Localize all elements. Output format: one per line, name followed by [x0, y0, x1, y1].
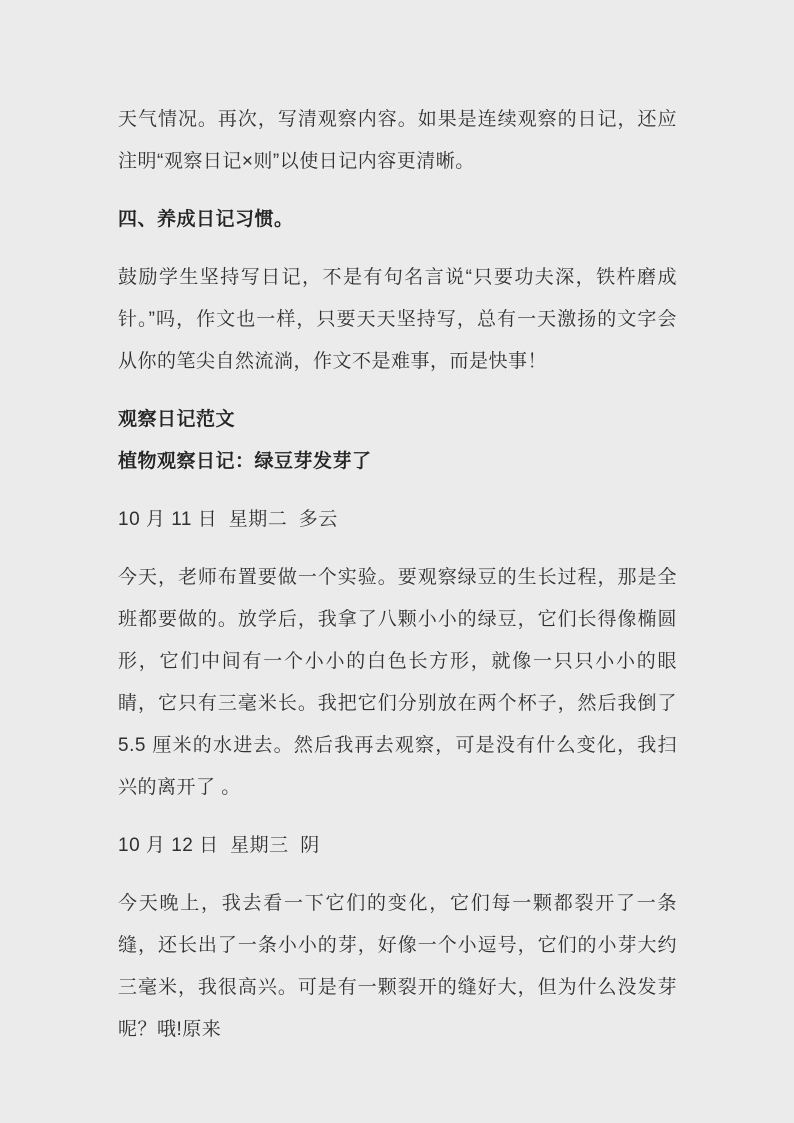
entry-2-date-line: 10 月 12 日 星期三 阴: [118, 825, 677, 867]
sample-essays-section-heading: 观察日记范文: [118, 399, 677, 441]
entry-1-date-line: 10 月 11 日 星期二 多云: [118, 499, 677, 541]
intro-continuation-paragraph: 天气情况。再次，写清观察内容。如果是连续观察的日记，还应注明“观察日记×则”以使…: [118, 99, 677, 183]
sample-essay-title: 植物观察日记：绿豆芽发芽了: [118, 441, 677, 483]
document-page: 天气情况。再次，写清观察内容。如果是连续观察的日记，还应注明“观察日记×则”以使…: [0, 0, 794, 1123]
entry-2-paragraph: 今天晚上，我去看一下它们的变化，它们每一颗都裂开了一条缝，还长出了一条小小的芽，…: [118, 883, 677, 1051]
entry-1-paragraph: 今天，老师布置要做一个实验。要观察绿豆的生长过程，那是全班都要做的。放学后，我拿…: [118, 557, 677, 809]
section-4-paragraph: 鼓励学生坚持写日记，不是有句名言说“只要功夫深，铁杵磨成针。”吗，作文也一样，只…: [118, 257, 677, 383]
section-4-heading: 四、养成日记习惯。: [118, 199, 677, 241]
